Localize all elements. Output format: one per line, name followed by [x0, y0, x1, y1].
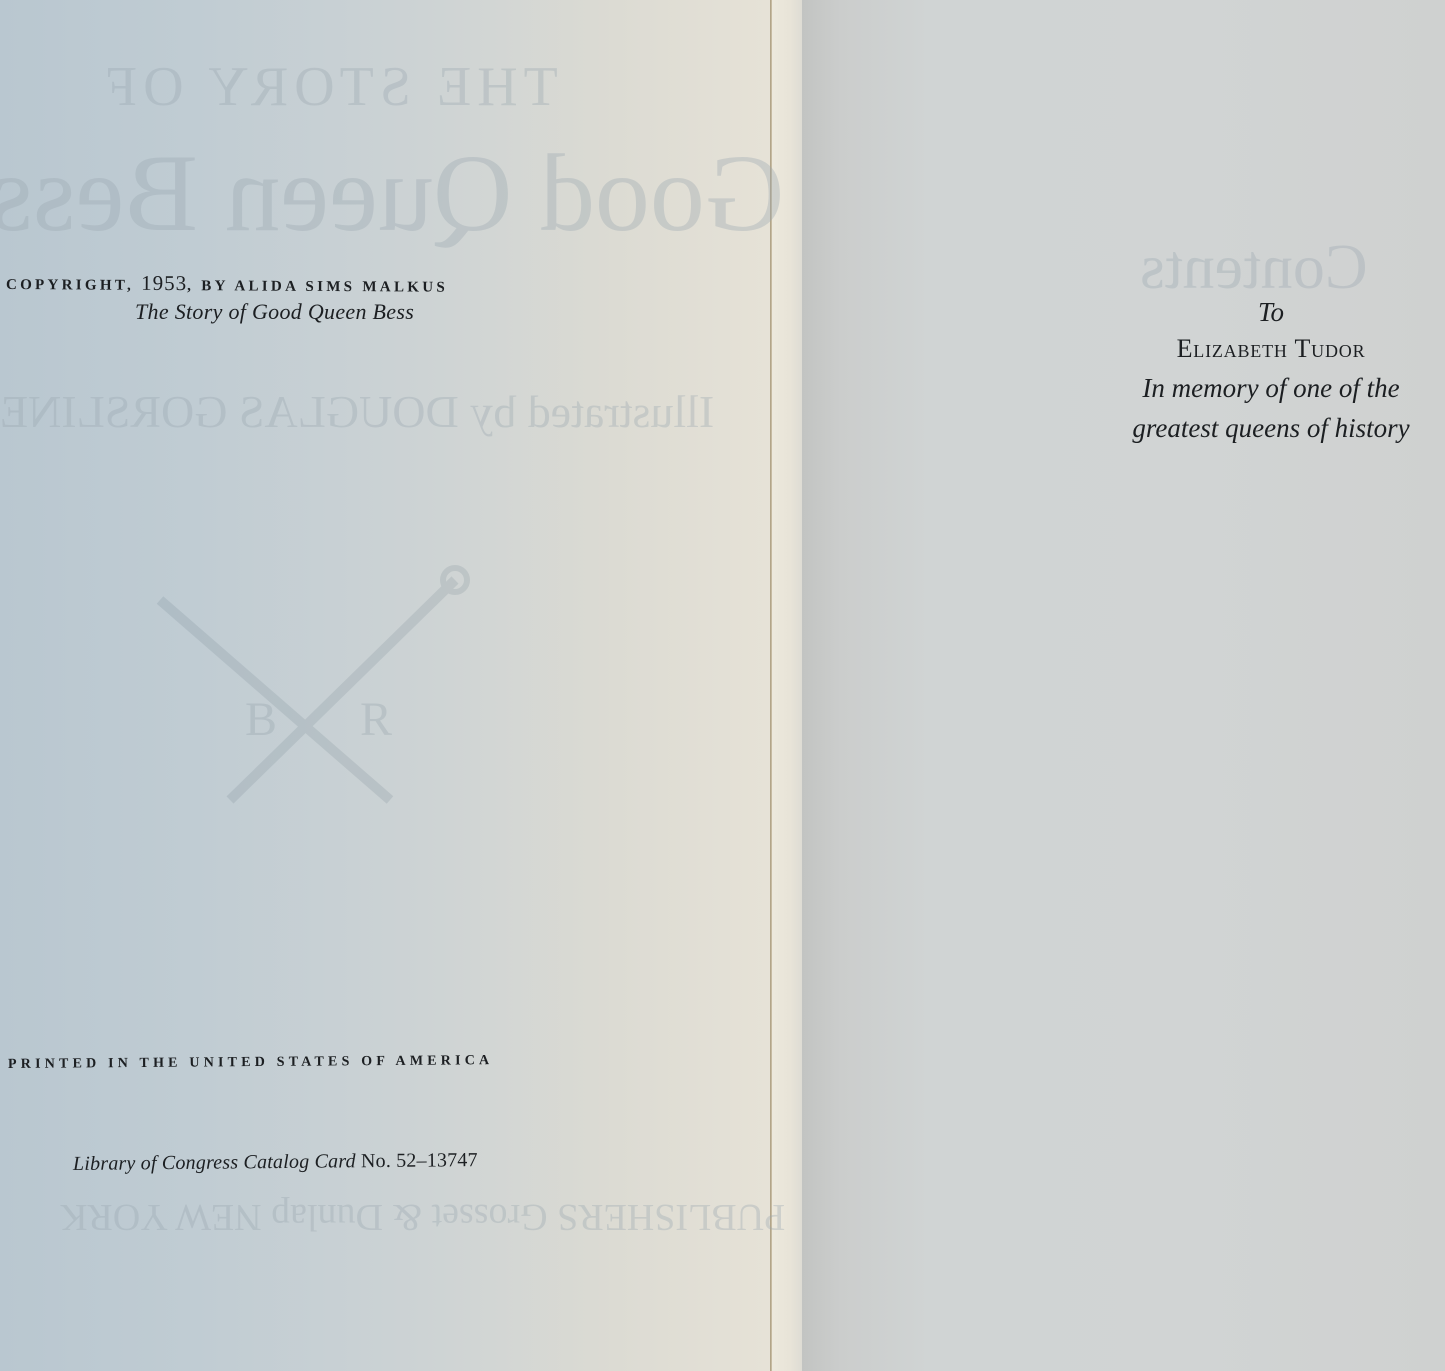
- copyright-author: , BY ALIDA SIMS MALKUS: [187, 278, 448, 296]
- right-page-dedication: [802, 0, 1445, 1371]
- copyright-prefix: COPYRIGHT,: [6, 277, 141, 294]
- copyright-year: 1953: [141, 271, 187, 295]
- dedication-name: Elizabeth Tudor: [1086, 330, 1445, 368]
- catalog-number: No. 52–13747: [361, 1149, 478, 1172]
- open-book-spread: THE STORY OF Good Queen Bess Illustrated…: [0, 0, 1445, 1371]
- dedication-line-2: greatest queens of history: [1086, 408, 1445, 448]
- dedication-line-1: In memory of one of the: [1086, 368, 1445, 408]
- book-title: The Story of Good Queen Bess: [135, 299, 414, 325]
- dedication-block: To Elizabeth Tudor In memory of one of t…: [1086, 294, 1445, 448]
- catalog-card-number: Library of Congress Catalog Card No. 52–…: [73, 1149, 478, 1176]
- copyright-notice: COPYRIGHT, 1953, BY ALIDA SIMS MALKUS: [6, 270, 448, 298]
- dedication-to: To: [1086, 294, 1445, 330]
- gutter-page-edge: [772, 0, 802, 1371]
- catalog-label: Library of Congress Catalog Card: [73, 1150, 361, 1175]
